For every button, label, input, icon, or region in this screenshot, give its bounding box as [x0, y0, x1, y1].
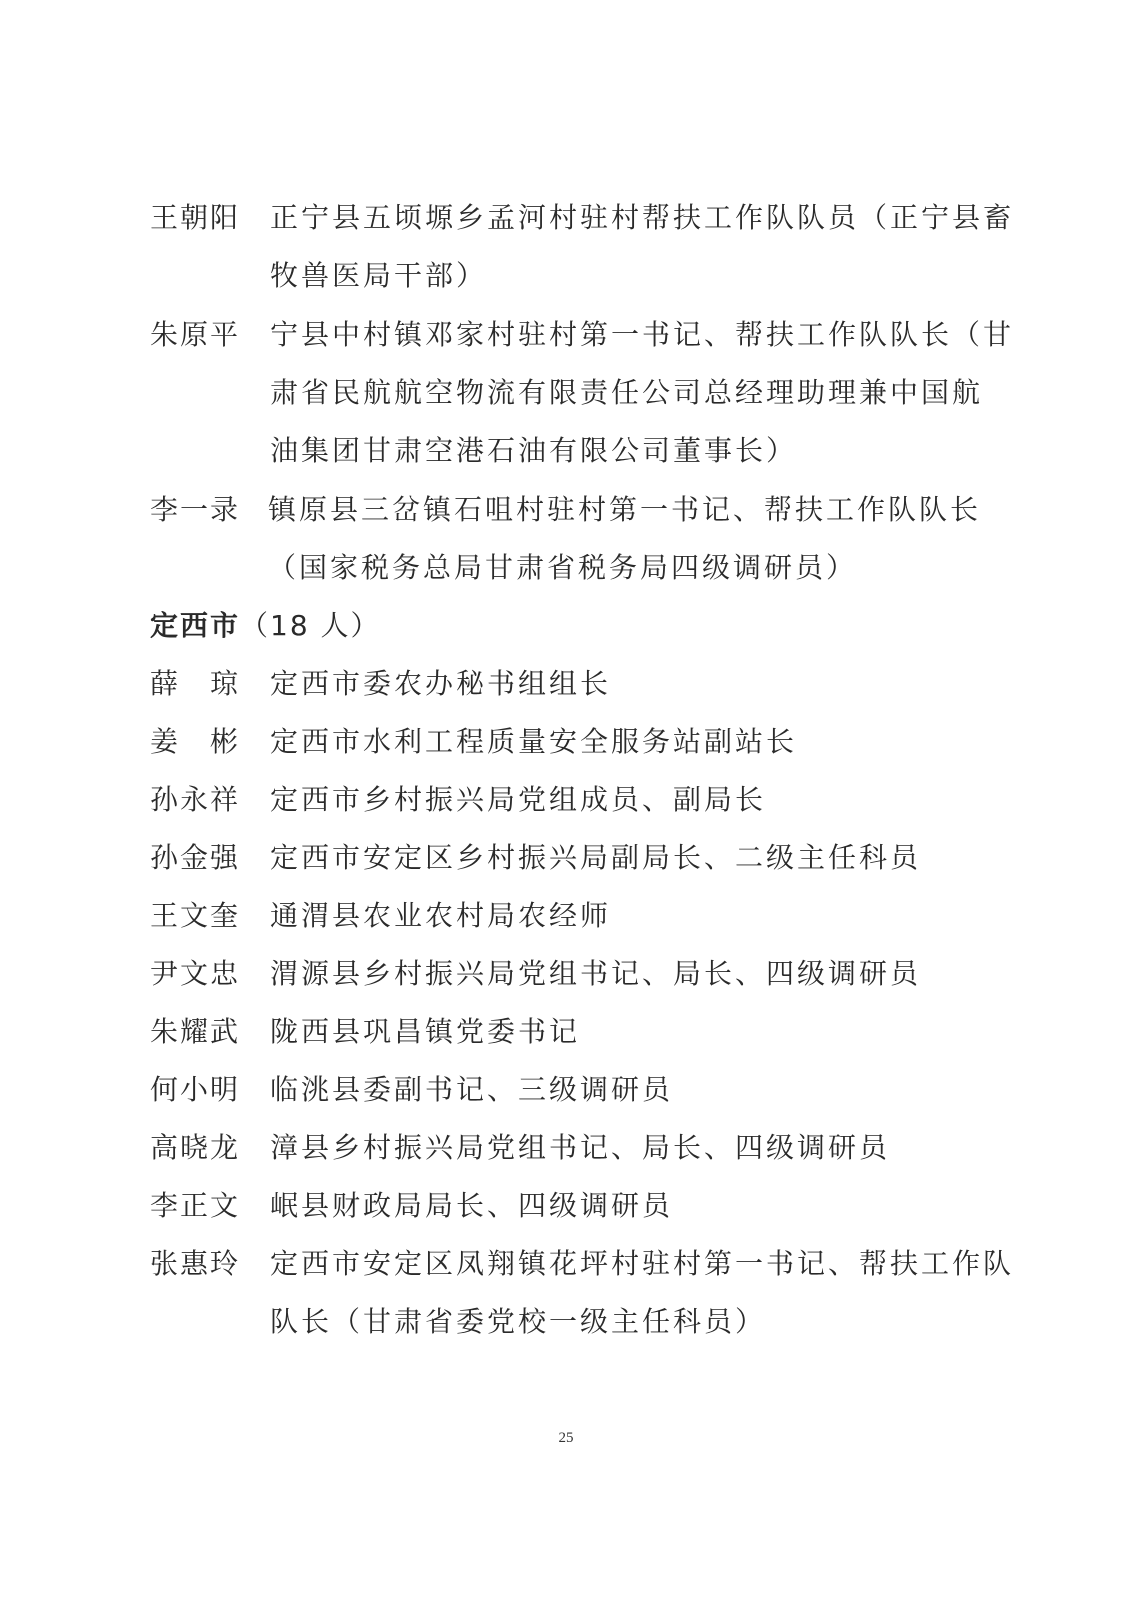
- entry-description-line: 临洮县委副书记、三级调研员: [270, 1072, 673, 1108]
- entry-description-line: 油集团甘肃空港石油有限公司董事长）: [270, 433, 797, 469]
- entry-name: 王朝阳: [150, 200, 240, 236]
- entry-description-line: 牧兽医局干部）: [270, 258, 487, 294]
- entry-description-line: 定西市安定区乡村振兴局副局长、二级主任科员: [270, 840, 921, 876]
- entry-description-line: 渭源县乡村振兴局党组书记、局长、四级调研员: [270, 956, 921, 992]
- entry-name: 姜 彬: [150, 724, 240, 760]
- entry-name: 何小明: [150, 1072, 240, 1108]
- entry-name: 李一录: [150, 492, 240, 528]
- entry-name: 尹文忠: [150, 956, 240, 992]
- entry-description-line: 定西市安定区凤翔镇花坪村驻村第一书记、帮扶工作队: [270, 1246, 1014, 1282]
- entry-description-line: 宁县中村镇邓家村驻村第一书记、帮扶工作队队长（甘: [270, 317, 1014, 353]
- entry-description-line: 定西市水利工程质量安全服务站副站长: [270, 724, 797, 760]
- entry-name: 朱耀武: [150, 1014, 240, 1050]
- entry-description-line: （国家税务总局甘肃省税务局四级调研员）: [268, 550, 857, 586]
- section-count: （18 人）: [240, 609, 381, 642]
- entry-name: 高晓龙: [150, 1130, 240, 1166]
- entry-description-line: 通渭县农业农村局农经师: [270, 898, 611, 934]
- entry-description-line: 镇原县三岔镇石咀村驻村第一书记、帮扶工作队队长: [268, 492, 981, 528]
- entry-description-line: 队长（甘肃省委党校一级主任科员）: [270, 1304, 766, 1340]
- entry-description-line: 定西市委农办秘书组组长: [270, 666, 611, 702]
- entry-name: 李正文: [150, 1188, 240, 1224]
- document-page: 王朝阳 正宁县五顷塬乡孟河村驻村帮扶工作队队员（正宁县畜 牧兽医局干部） 朱原平…: [0, 0, 1132, 1600]
- entry-name: 王文奎: [150, 898, 240, 934]
- entry-name: 薛 琼: [150, 666, 240, 702]
- entry-description-line: 肃省民航航空物流有限责任公司总经理助理兼中国航: [270, 375, 983, 411]
- section-title: 定西市: [150, 609, 240, 642]
- entry-description-line: 定西市乡村振兴局党组成员、副局长: [270, 782, 766, 818]
- entry-name: 孙永祥: [150, 782, 240, 818]
- entry-name: 张惠玲: [150, 1246, 240, 1282]
- entry-description-line: 陇西县巩昌镇党委书记: [270, 1014, 580, 1050]
- entry-name: 孙金强: [150, 840, 240, 876]
- entry-description-line: 岷县财政局局长、四级调研员: [270, 1188, 673, 1224]
- entry-name: 朱原平: [150, 317, 240, 353]
- entry-description-line: 正宁县五顷塬乡孟河村驻村帮扶工作队队员（正宁县畜: [270, 200, 1014, 236]
- page-number: 25: [0, 1430, 1132, 1447]
- section-heading-dingxi: 定西市（18 人）: [150, 608, 381, 644]
- entry-description-line: 漳县乡村振兴局党组书记、局长、四级调研员: [270, 1130, 890, 1166]
